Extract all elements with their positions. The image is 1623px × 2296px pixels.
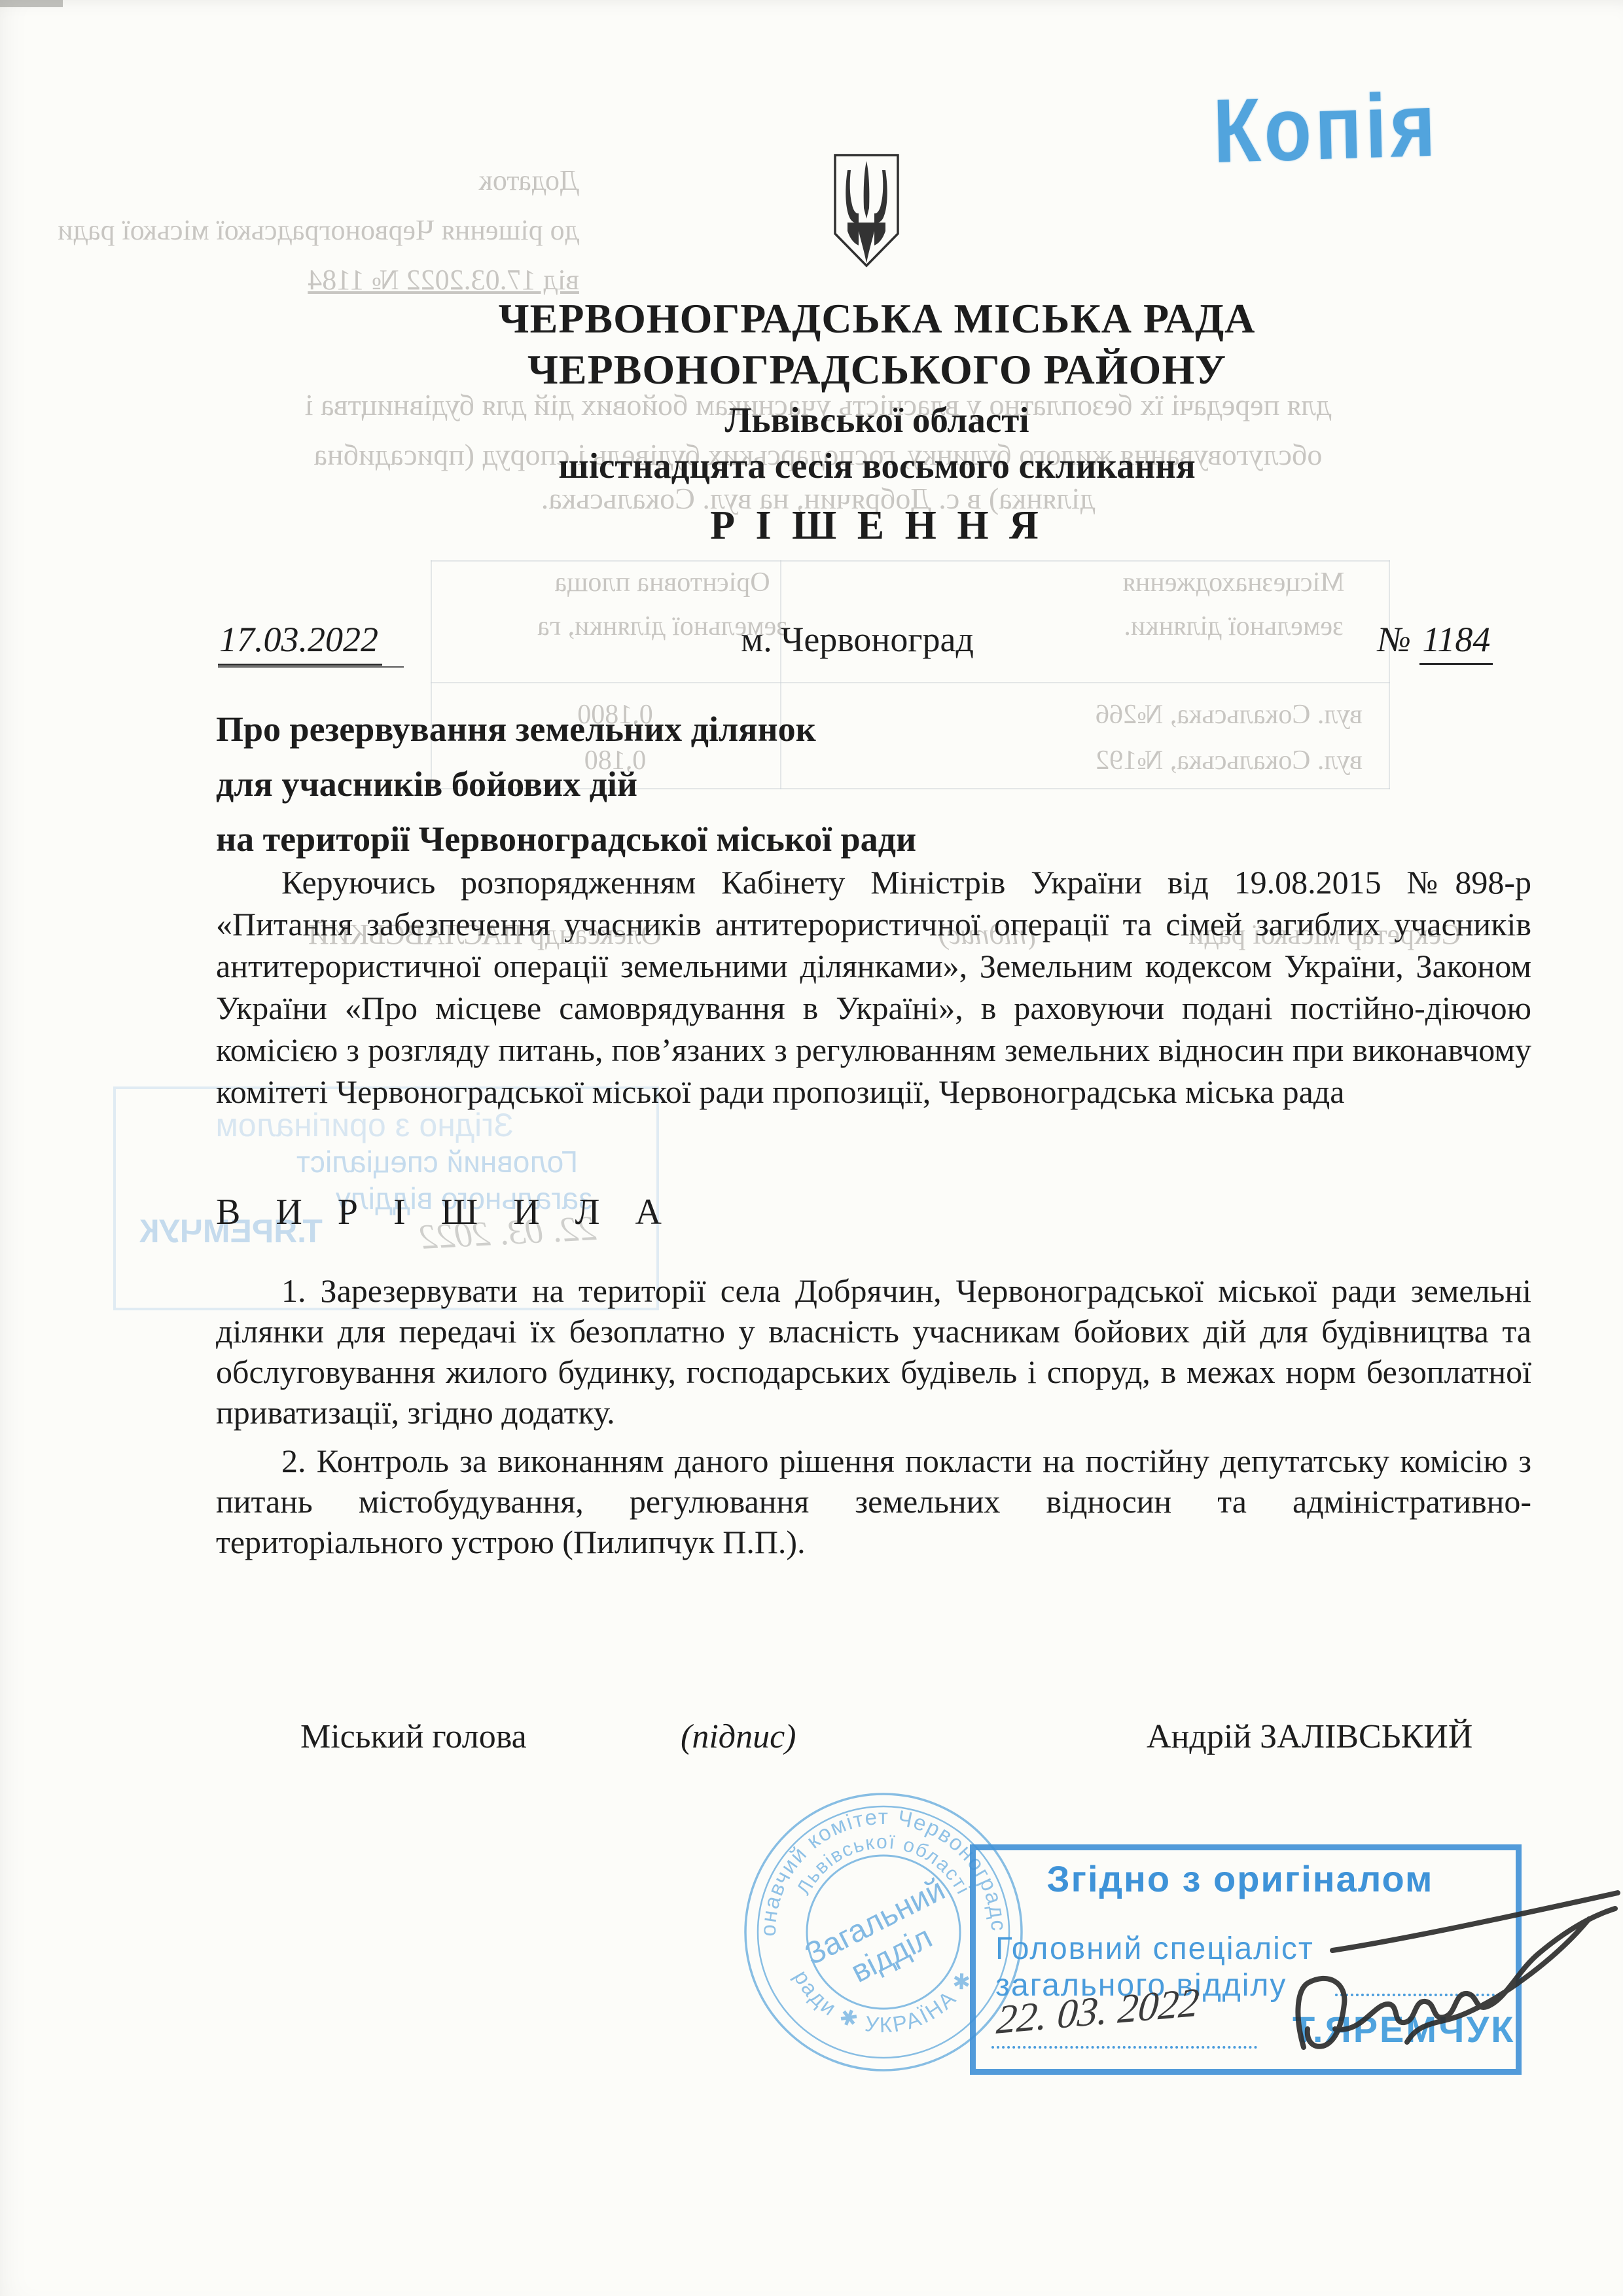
- signature-placeholder: (підпис): [681, 1717, 796, 1756]
- bleedthrough-table-header: Місцезнаходження: [1037, 567, 1430, 598]
- subject-line1: Про резервування земельних ділянок: [216, 709, 816, 749]
- ukraine-tryzub-coat-of-arms-icon: [832, 153, 901, 268]
- org-name-line1: ЧЕРВОНОГРАДСЬКА МІСЬКА РАДА: [366, 295, 1387, 343]
- org-region: Львівської області: [366, 399, 1387, 440]
- doc-number-label: №: [1378, 620, 1411, 659]
- copy-stamp: Копія: [1212, 73, 1440, 184]
- bleedthrough-appendix-block: Додаток до рішення Червоноградської місь…: [56, 156, 579, 305]
- bleedthrough-table-header: Орієнтовна площа: [466, 567, 859, 598]
- org-name-line2: ЧЕРВОНОГРАДСЬКОГО РАЙОНУ: [366, 346, 1387, 394]
- subject-line2: для учасників бойових дій: [216, 764, 637, 804]
- resolution-item-2: 2. Контроль за виконанням даного рішення…: [216, 1441, 1531, 1562]
- bleedthrough-stamp-role: Головний спеціаліст: [241, 1144, 633, 1179]
- tryzub-glyph: [846, 161, 887, 263]
- resolved-label: В И Р І Ш И Л А: [216, 1191, 675, 1233]
- doc-number: № 1184: [1378, 619, 1493, 660]
- signer-role: Міський голова: [300, 1717, 527, 1756]
- bleedthrough-table-border: [431, 560, 1390, 562]
- cert-stamp-date-line: [991, 2046, 1257, 2049]
- resolution-item-1: 1. Зарезервувати на території села Добря…: [216, 1270, 1531, 1433]
- doc-number-value: 1184: [1419, 620, 1493, 665]
- bleedthrough-table-cell: вул. Сокальська, №266: [1033, 699, 1425, 730]
- bleedthrough-appendix-line: до рішення Червоноградської міської ради: [56, 206, 579, 255]
- subject-line3: на території Червоноградської міської ра…: [216, 819, 916, 859]
- doc-date: 17.03.2022: [218, 619, 382, 666]
- preamble-paragraph: Керуючись розпорядженням Кабінету Мініст…: [216, 861, 1531, 1113]
- bleedthrough-table-border: [431, 682, 1390, 683]
- resolution-items: 1. Зарезервувати на території села Добря…: [216, 1270, 1531, 1562]
- doc-place: м. Червоноград: [661, 619, 1054, 660]
- scan-edge-artifact: [0, 0, 63, 7]
- handwritten-signature: [1243, 1865, 1623, 2075]
- bleedthrough-appendix-line: Додаток: [56, 156, 579, 206]
- doc-date-underline2: [218, 666, 404, 668]
- bleedthrough-table-cell: вул. Сокальська, №192: [1033, 745, 1425, 776]
- signer-name: Андрій ЗАЛІВСЬКИЙ: [1147, 1717, 1472, 1756]
- session-line: шістнадцята сесія восьмого скликання: [366, 445, 1387, 486]
- bleedthrough-table-header: земельної ділянки.: [1037, 611, 1430, 642]
- doc-type-title: Р І Ш Е Н Н Я: [366, 503, 1387, 549]
- scanned-decision-document: Додаток до рішення Червоноградської місь…: [0, 0, 1623, 2296]
